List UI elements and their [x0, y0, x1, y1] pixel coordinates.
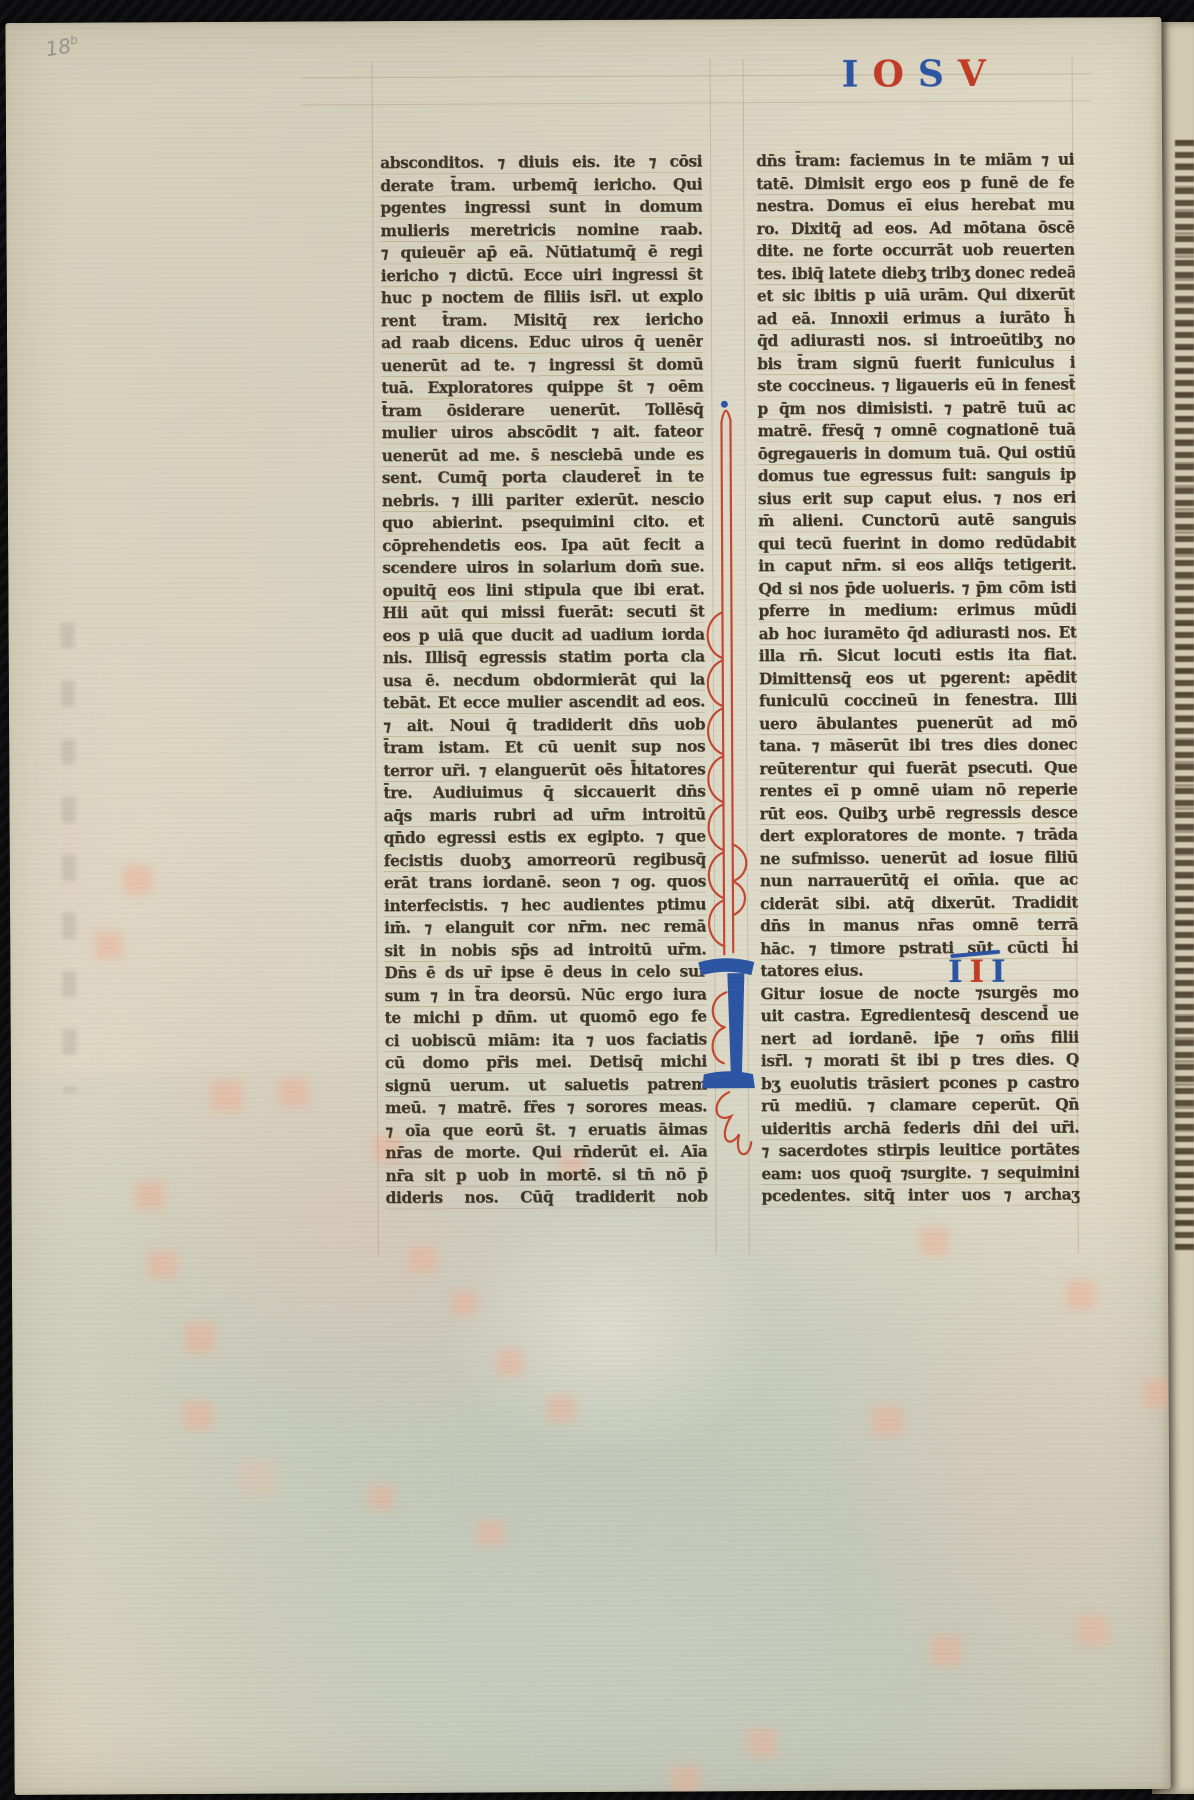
- manuscript-text-line: te michi p dn̄m. ut quomō ego fe: [385, 1005, 707, 1029]
- manuscript-text-line: bis t̄ram signū fuerit funiculus i: [757, 351, 1075, 375]
- manuscript-page: 18b IOSV absconditos. ⁊ diuis eis. ite ⁊…: [5, 17, 1170, 1795]
- manuscript-text-line: mulier uiros abscōdit ⁊ ait. fateor: [381, 420, 703, 444]
- manuscript-text-line: rūt eos. Quibʒ urbē regressis desce: [759, 801, 1077, 825]
- manuscript-text-line: t̄ram istam. Et cū uenit sup nos: [383, 735, 705, 759]
- manuscript-text-line: ⁊ quieuēr ap̄ eā. Nūtiatumq̄ ē regi: [381, 240, 703, 264]
- show-through-cream-blob: [442, 1199, 773, 1461]
- manuscript-text-line: cū domo pr̄is mei. Detisq̄ michi: [385, 1050, 707, 1074]
- manuscript-text-line: uenerūt ad me. s̄ nesciebā unde es: [382, 443, 704, 467]
- manuscript-text-line: ad eā. Innoxii erimus a iurāto h̄: [757, 306, 1075, 330]
- manuscript-text-line: nert ad iordanē. ip̄e ⁊ om̄s filii: [761, 1026, 1079, 1050]
- manuscript-text-line: terror ur̄i. ⁊ elanguerūt oēs h̄itatores: [383, 758, 705, 782]
- manuscript-text-line: uenerūt ad te. ⁊ ingressi s̄t domū: [381, 353, 703, 377]
- manuscript-text-line: nun narrauerūtq̄ ei om̄ia. que ac: [760, 868, 1078, 892]
- text-column-left: absconditos. ⁊ diuis eis. ite ⁊ cōsidera…: [380, 150, 708, 1209]
- folio-number-superscript: b: [69, 33, 79, 48]
- manuscript-text-line: ⁊ sacerdotes stirpis leuitice portātes: [761, 1138, 1079, 1162]
- manuscript-text-line: absconditos. ⁊ diuis eis. ite ⁊ cōsi: [380, 150, 702, 174]
- manuscript-text-line: eam: uos quoq̄ ⁊surgite. ⁊ sequimini: [761, 1161, 1079, 1185]
- manuscript-text-line: dn̄s in manus nr̄as omnē terrā: [760, 913, 1078, 937]
- manuscript-text-line: ne sufmisso. uenerūt ad iosue filiū: [760, 846, 1078, 870]
- manuscript-text-line: ōgregaueris in domum tuā. Qui ostiū: [758, 441, 1076, 465]
- manuscript-text-line: iericho ⁊ dictū. Ecce uiri ingressi s̄t: [381, 263, 703, 287]
- manuscript-text-line: dite. ne forte occurrāt uob reuerten: [757, 238, 1075, 262]
- manuscript-text-line: rentes eī p omnē uiam nō reperie: [759, 778, 1077, 802]
- manuscript-text-line: nis. Illisq̄ egressis statim porta cla: [383, 645, 705, 669]
- manuscript-text-line: Gitur iosue de nocte ⁊surgēs mo: [760, 981, 1078, 1005]
- manuscript-photo: { "theme": { "bg-black": "#0c0b0c", "par…: [0, 0, 1194, 1800]
- manuscript-text-line: rent t̄ram. Misitq̄ rex iericho: [381, 308, 703, 332]
- ruling-line-horizontal: [301, 100, 1091, 105]
- manuscript-text-line: ste coccineus. ⁊ ligaueris eū in fenest̄: [757, 373, 1075, 397]
- manuscript-text-line: huc p noctem de filiis isr̄l. ut explo: [381, 285, 703, 309]
- chapter-numeral-letter: I: [969, 954, 991, 990]
- manuscript-text-line: nestra. Domus eī eius herebat mu: [756, 193, 1074, 217]
- manuscript-text-line: mulieris meretricis nomine raab.: [380, 218, 702, 242]
- chapter-numeral-III: III: [944, 954, 1016, 994]
- manuscript-text-line: signū uerum. ut saluetis patrem: [385, 1073, 707, 1097]
- manuscript-text-line: illa rn̄. Sicut locuti estis ita fiat.: [759, 643, 1077, 667]
- manuscript-text-line: quo abierint. psequimini cito. et: [382, 510, 704, 534]
- manuscript-text-line: pferre in medium: erimus mūdi: [758, 598, 1076, 622]
- manuscript-text-line: bʒ euolutis trāsiert pcones p castro: [761, 1071, 1079, 1095]
- manuscript-text-line: ci uobiscū miām: ita ⁊ uos faciatis: [385, 1028, 707, 1052]
- manuscript-text-line: uero ābulantes puenerūt ad mō: [759, 711, 1077, 735]
- manuscript-text-line: m̄ alieni. Cunctorū autē sanguis: [758, 508, 1076, 532]
- manuscript-text-line: tes. ibiq̄ latete diebʒ tribʒ donec rede…: [757, 261, 1075, 285]
- manuscript-text-line: uideritis archā federis dn̄i dei ur̄i.: [761, 1116, 1079, 1140]
- manuscript-text-line: uit castra. Egredientesq̄ descend̄ ue: [761, 1003, 1079, 1027]
- manuscript-text-line: et sic ibitis p uiā urām. Qui dixerūt: [757, 283, 1075, 307]
- show-through-pink-patch: [80, 821, 342, 1142]
- show-through-dots: [5, 23, 6, 24]
- manuscript-text-line: reūterentur qui fuerāt psecuti. Que: [759, 756, 1077, 780]
- manuscript-text-line: erāt trans iordanē. seon ⁊ og. quos: [384, 870, 706, 894]
- manuscript-text-line: usa ē. necdum obdormierāt qui la: [383, 668, 705, 692]
- manuscript-text-line: hāc. ⁊ timore pstrati sūt cūcti h̄i: [760, 936, 1078, 960]
- manuscript-text-line: sent. Cumq̄ porta clauderet̄ in te: [382, 465, 704, 489]
- manuscript-text-line: in caput nr̄m. si eos aliq̄s tetigerit.: [758, 553, 1076, 577]
- manuscript-text-line: eos p uiā que ducit ad uadium iorda: [383, 623, 705, 647]
- manuscript-text-line: scendere uiros in solarium dom̄ sue.: [382, 555, 704, 579]
- manuscript-text-line: pgentes ingressi sunt in domum: [380, 195, 702, 219]
- manuscript-text-line: sit in nobis sp̄s ad introitū ur̄m.: [384, 938, 706, 962]
- chapter-numeral-letter: I: [948, 954, 970, 990]
- manuscript-text-line: tatē. Dimisit ergo eos p funē de fe: [756, 171, 1074, 195]
- manuscript-text-line: nr̄a sit p uob in mortē. si tn̄ nō p̄: [385, 1163, 707, 1187]
- show-through-swirl: [263, 1468, 965, 1795]
- next-folio-text-edge: [1175, 140, 1194, 1255]
- manuscript-text-line: qn̄do egressi estis ex egipto. ⁊ que: [384, 825, 706, 849]
- running-title-letter: S: [918, 53, 958, 95]
- manuscript-text-line: funiculū coccineū in fenestra. Illi: [759, 688, 1077, 712]
- manuscript-text-line: isr̄l. ⁊ morati s̄t ibi p tres dies. Q: [761, 1048, 1079, 1072]
- manuscript-text-line: opuitq̄ eos lini stipula que ibi erat.: [382, 578, 704, 602]
- manuscript-text-line: pcedentes. sitq̄ inter uos ⁊ archaʒ: [761, 1183, 1079, 1207]
- manuscript-text-line: tana. ⁊ māserūt ibi tres dies donec: [759, 733, 1077, 757]
- manuscript-text-line: ⁊ oīa que eorū s̄t. ⁊ eruatis āimas: [385, 1118, 707, 1142]
- running-title: IOSV: [842, 56, 1000, 93]
- manuscript-text-line: tebāt. Et ecce mulier ascendit ad eos.: [383, 690, 705, 714]
- manuscript-text-line: Dn̄s ē ds ur̄ ipse ē deus in celo sur: [384, 960, 706, 984]
- right-column-chapter3-text: Gitur iosue de nocte ⁊surgēs mouit castr…: [760, 981, 1079, 1208]
- manuscript-text-line: Dimittensq̄ eos ut pgerent: apēdit: [759, 666, 1077, 690]
- manuscript-text-line: Qd si nos p̄de uolueris. ⁊ p̄m cōm isti: [758, 576, 1076, 600]
- manuscript-text-line: derate t̄ram. urbemq̄ iericho. Qui: [380, 173, 702, 197]
- manuscript-text-line: t̄ram ōsiderare uenerūt. Tollēsq̄: [381, 398, 703, 422]
- manuscript-text-line: dert exploratores de monte. ⁊ trāda: [760, 823, 1078, 847]
- manuscript-text-line: aq̄s maris rubri ad ur̄m introitū: [383, 803, 705, 827]
- manuscript-text-line: qui tecū fuerint in domo redūdabit: [758, 531, 1076, 555]
- manuscript-text-line: ro. Dixitq̄ ad eos. Ad mōtana ōscē: [756, 216, 1074, 240]
- manuscript-text-line: nr̄as de morte. Qui rn̄derūt ei. Aīa: [385, 1140, 707, 1164]
- manuscript-text-line: q̄d adiurasti nos. si introeūtibʒ no: [757, 328, 1075, 352]
- running-title-letter: V: [958, 53, 1000, 95]
- running-title-letter: I: [842, 53, 873, 95]
- manuscript-text-line: domus tue egressus fuit: sanguis ip: [758, 463, 1076, 487]
- manuscript-text-line: tatores eius.: [760, 958, 1078, 982]
- folio-number: 18b: [44, 32, 81, 61]
- show-through-pink-band: [812, 1237, 1171, 1719]
- manuscript-text-line: ad raab dicens. Educ uiros q̄ uenēr: [381, 330, 703, 354]
- manuscript-text-line: ab hoc iuramēto q̄d adiurasti nos. Et: [759, 621, 1077, 645]
- pen-flourish-red: [706, 411, 751, 1155]
- manuscript-text-line: p q̄m nos dimisisti. ⁊ patrē tuū ac: [757, 396, 1075, 420]
- manuscript-text-line: cōprehendetis eos. Ipa aūt fecit a: [382, 533, 704, 557]
- manuscript-text-line: Hii aūt qui missi fuerāt: secuti s̄t: [382, 600, 704, 624]
- manuscript-text-line: ⁊ ait. Noui q̄ tradiderit dn̄s uob: [383, 713, 705, 737]
- manuscript-text-line: matrē. fr̄esq̄ ⁊ omnē cognationē tuā: [757, 418, 1075, 442]
- manuscript-text-line: tuā. Exploratores quippe s̄t ⁊ oēm: [381, 375, 703, 399]
- manuscript-text-line: sum ⁊ in t̄ra deorsū. Nūc ergo iura: [384, 983, 706, 1007]
- manuscript-text-line: dideris nos. Cūq̄ tradiderit nob: [385, 1185, 707, 1209]
- manuscript-text-line: fecistis duobʒ amorreorū regibusq̄: [384, 848, 706, 872]
- manuscript-text-line: im̄. ⁊ elanguit cor nr̄m. nec remā: [384, 915, 706, 939]
- manuscript-text-line: ciderāt sibi. atq̄ dixerūt. Tradidit: [760, 891, 1078, 915]
- running-title-letter: O: [872, 53, 918, 95]
- flourish-blue-tip: [721, 401, 728, 408]
- text-column-right: dn̄s t̄ram: faciemus in te miām ⁊ uitatē…: [756, 148, 1080, 1207]
- manuscript-text-line: nebris. ⁊ illi pariter exierūt. nescio: [382, 488, 704, 512]
- margin-ink-smudge: [61, 623, 77, 1093]
- ruling-line-vertical: [372, 61, 379, 1256]
- initial-letter-I-body: [698, 958, 755, 1088]
- chapter-numeral-letter: I: [991, 954, 1013, 990]
- manuscript-text-line: t̄re. Audiuimus q̄ siccauerit dn̄s: [383, 780, 705, 804]
- right-column-chapter2-text: dn̄s t̄ram: faciemus in te miām ⁊ uitatē…: [756, 148, 1078, 982]
- manuscript-text-line: sius erit sup caput eius. ⁊ nos eri: [758, 486, 1076, 510]
- manuscript-text-line: meū. ⁊ matrē. fr̄es ⁊ sorores meas.: [385, 1095, 707, 1119]
- manuscript-text-line: rū mediū. ⁊ clamare ceperūt. Qn̄: [761, 1093, 1079, 1117]
- manuscript-text-line: dn̄s t̄ram: faciemus in te miām ⁊ ui: [756, 148, 1074, 172]
- manuscript-text-line: interfecistis. ⁊ hec audientes ptimu: [384, 893, 706, 917]
- decorated-initial-I-with-flourish: [687, 374, 776, 1174]
